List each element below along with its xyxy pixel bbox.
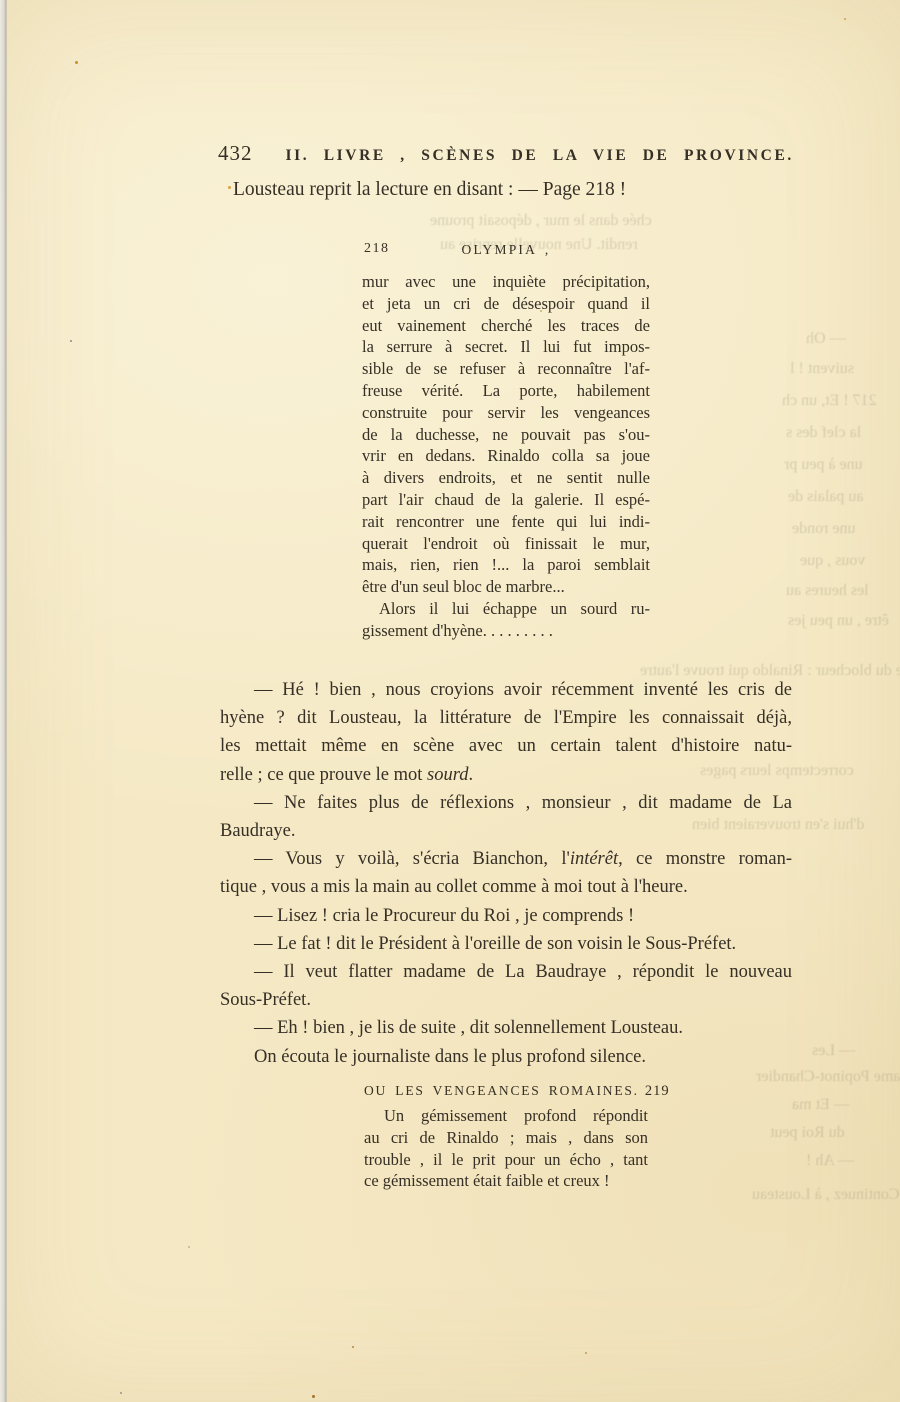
narrative-line: les mettait même en scène avec un certai…: [220, 732, 792, 760]
book-page-scan: chée dans le mur , déposait prounerendit…: [0, 0, 900, 1402]
excerpt-line: à divers endroits, et ne sentit nulle: [362, 467, 650, 489]
excerpt-line: mur avec une inquiète précipitation,: [362, 271, 650, 293]
text-segment: ce gémissement était faible et creux !: [364, 1171, 610, 1190]
intro-line: Lousteau reprit la lecture en disant : —…: [233, 179, 626, 201]
excerpt-line: eut vainement cherché les traces de: [362, 315, 650, 337]
text-segment: tique , vous a mis la main au collet com…: [220, 877, 688, 897]
excerpt-line: mais, rien, rien !... la paroi semblait: [362, 554, 650, 576]
text-segment: trouble , il le prit pour un écho , tant: [364, 1150, 648, 1169]
italic-word: sourd: [427, 765, 468, 785]
text-segment: au cri de Rinaldo ; mais , dans son: [364, 1128, 648, 1147]
text-segment: être d'un seul bloc de marbre...: [362, 577, 565, 596]
running-head: 432 II. LIVRE , SCÈNES DE LA VIE DE PROV…: [218, 141, 793, 166]
text-segment: — Il veut flatter madame de La Baudraye …: [254, 962, 792, 982]
excerpt-line: Alors il lui échappe un sourd ru-: [362, 598, 650, 620]
narrative-line: — Lisez ! cria le Procureur du Roi , je …: [220, 902, 792, 930]
narrative-line: — Le fat ! dit le Président à l'oreille …: [220, 930, 792, 958]
text-segment: les mettait même en scène avec un certai…: [220, 736, 792, 756]
narrative-line: — Eh ! bien , je lis de suite , dit sole…: [220, 1014, 792, 1042]
narrative-line: Baudraye.: [220, 817, 792, 845]
text-segment: — Lisez ! cria le Procureur du Roi , je …: [254, 906, 634, 926]
text-segment: Un gémissement profond répondit: [384, 1106, 648, 1125]
page-content: 432 II. LIVRE , SCÈNES DE LA VIE DE PROV…: [0, 0, 900, 1402]
excerpt-line: part l'air chaud de la galerie. Il espé-: [362, 489, 650, 511]
narrative-line: Sous-Préfet.: [220, 986, 792, 1014]
narrative-line: hyène ? dit Lousteau, la littérature de …: [220, 704, 792, 732]
narrative-line: tique , vous a mis la main au collet com…: [220, 873, 792, 901]
excerpt-218-body: mur avec une inquiète précipitation,et j…: [362, 271, 650, 642]
text-segment: hyène ? dit Lousteau, la littérature de …: [220, 708, 792, 728]
text-segment: de la duchesse, ne pouvait pas s'ou-: [362, 425, 650, 444]
excerpt-olympia-219: OU LES VENGEANCES ROMAINES.219 Un gémiss…: [364, 1083, 648, 1192]
text-segment: rait rencontrer une fente qui lui indi-: [362, 512, 650, 531]
text-segment: freuse vérité. La porte, habilement: [362, 381, 650, 400]
excerpt-line: Un gémissement profond répondit: [364, 1105, 648, 1127]
narrative-line: — Ne faites plus de réflexions , monsieu…: [220, 789, 792, 817]
excerpt-line: sible de se refuser à reconnaître l'af-: [362, 358, 650, 380]
excerpt-line: querait l'endroit où finissait le mur,: [362, 533, 650, 555]
text-segment: querait l'endroit où finissait le mur,: [362, 534, 650, 553]
excerpt-line: au cri de Rinaldo ; mais , dans son: [364, 1127, 648, 1149]
excerpt-line: et jeta un cri de désespoir quand il: [362, 293, 650, 315]
excerpt-219-page-number: 219: [645, 1083, 670, 1099]
excerpt-olympia-218: 218 OLYMPIA , mur avec une inquiète préc…: [362, 241, 650, 642]
text-segment: part l'air chaud de la galerie. Il espé-: [362, 490, 650, 509]
narrative-line: relle ; ce que prouve le mot sourd.: [220, 761, 792, 789]
narrative-line: On écouta le journaliste dans le plus pr…: [220, 1043, 792, 1071]
excerpt-218-header: 218 OLYMPIA ,: [362, 241, 650, 265]
text-segment: — Vous y voilà, s'écria Bianchon, l': [254, 849, 570, 869]
excerpt-line: être d'un seul bloc de marbre...: [362, 576, 650, 598]
excerpt-line: trouble , il le prit pour un écho , tant: [364, 1149, 648, 1171]
narrative-line: — Hé ! bien , nous croyions avoir récemm…: [220, 676, 792, 704]
text-segment: On écouta le journaliste dans le plus pr…: [254, 1047, 646, 1067]
excerpt-line: gissement d'hyène. . . . . . . . .: [362, 620, 650, 642]
excerpt-219-header: OU LES VENGEANCES ROMAINES.219: [364, 1083, 648, 1100]
text-segment: sible de se refuser à reconnaître l'af-: [362, 359, 650, 378]
excerpt-line: la serrure à secret. Il lui fut impos-: [362, 336, 650, 358]
text-segment: la serrure à secret. Il lui fut impos-: [362, 337, 650, 356]
text-segment: et jeta un cri de désespoir quand il: [362, 294, 650, 313]
text-segment: — Eh ! bien , je lis de suite , dit sole…: [254, 1018, 683, 1038]
text-segment: mais, rien, rien !... la paroi semblait: [362, 555, 650, 574]
text-segment: , ce monstre roman-: [618, 849, 792, 869]
excerpt-line: rait rencontrer une fente qui lui indi-: [362, 511, 650, 533]
excerpt-line: freuse vérité. La porte, habilement: [362, 380, 650, 402]
page-number: 432: [218, 141, 253, 166]
excerpt-line: vrir en dedans. Rinaldo colla sa joue: [362, 445, 650, 467]
narrative-line: — Vous y voilà, s'écria Bianchon, l'inté…: [220, 845, 792, 873]
text-segment: — Hé ! bien , nous croyions avoir récemm…: [254, 680, 792, 700]
text-segment: mur avec une inquiète précipitation,: [362, 272, 650, 291]
text-segment: gissement d'hyène. . . . . . . . .: [362, 621, 553, 640]
running-head-title: II. LIVRE , SCÈNES DE LA VIE DE PROVINCE…: [286, 147, 794, 165]
text-segment: relle ; ce que prouve le mot: [220, 765, 427, 785]
text-segment: .: [468, 765, 473, 785]
text-segment: Baudraye.: [220, 821, 296, 841]
text-segment: construite pour servir les vengeances: [362, 403, 650, 422]
excerpt-line: ce gémissement était faible et creux !: [364, 1170, 648, 1192]
text-segment: eut vainement cherché les traces de: [362, 316, 650, 335]
text-segment: à divers endroits, et ne sentit nulle: [362, 468, 650, 487]
narrative-line: — Il veut flatter madame de La Baudraye …: [220, 958, 792, 986]
text-segment: — Ne faites plus de réflexions , monsieu…: [254, 793, 792, 813]
text-segment: Sous-Préfet.: [220, 990, 311, 1010]
excerpt-218-running-title: OLYMPIA ,: [362, 242, 650, 258]
narrative-body: — Hé ! bien , nous croyions avoir récemm…: [220, 676, 792, 1071]
italic-word: intérêt: [570, 849, 618, 869]
narrative-lines: — Hé ! bien , nous croyions avoir récemm…: [220, 676, 792, 1071]
text-segment: — Le fat ! dit le Président à l'oreille …: [254, 934, 736, 954]
text-segment: vrir en dedans. Rinaldo colla sa joue: [362, 446, 650, 465]
excerpt-219-running-title: OU LES VENGEANCES ROMAINES.: [364, 1083, 639, 1098]
excerpt-line: de la duchesse, ne pouvait pas s'ou-: [362, 424, 650, 446]
excerpt-line: construite pour servir les vengeances: [362, 402, 650, 424]
excerpt-219-body: Un gémissement profond réponditau cri de…: [364, 1105, 648, 1192]
text-segment: Alors il lui échappe un sourd ru-: [379, 599, 650, 618]
